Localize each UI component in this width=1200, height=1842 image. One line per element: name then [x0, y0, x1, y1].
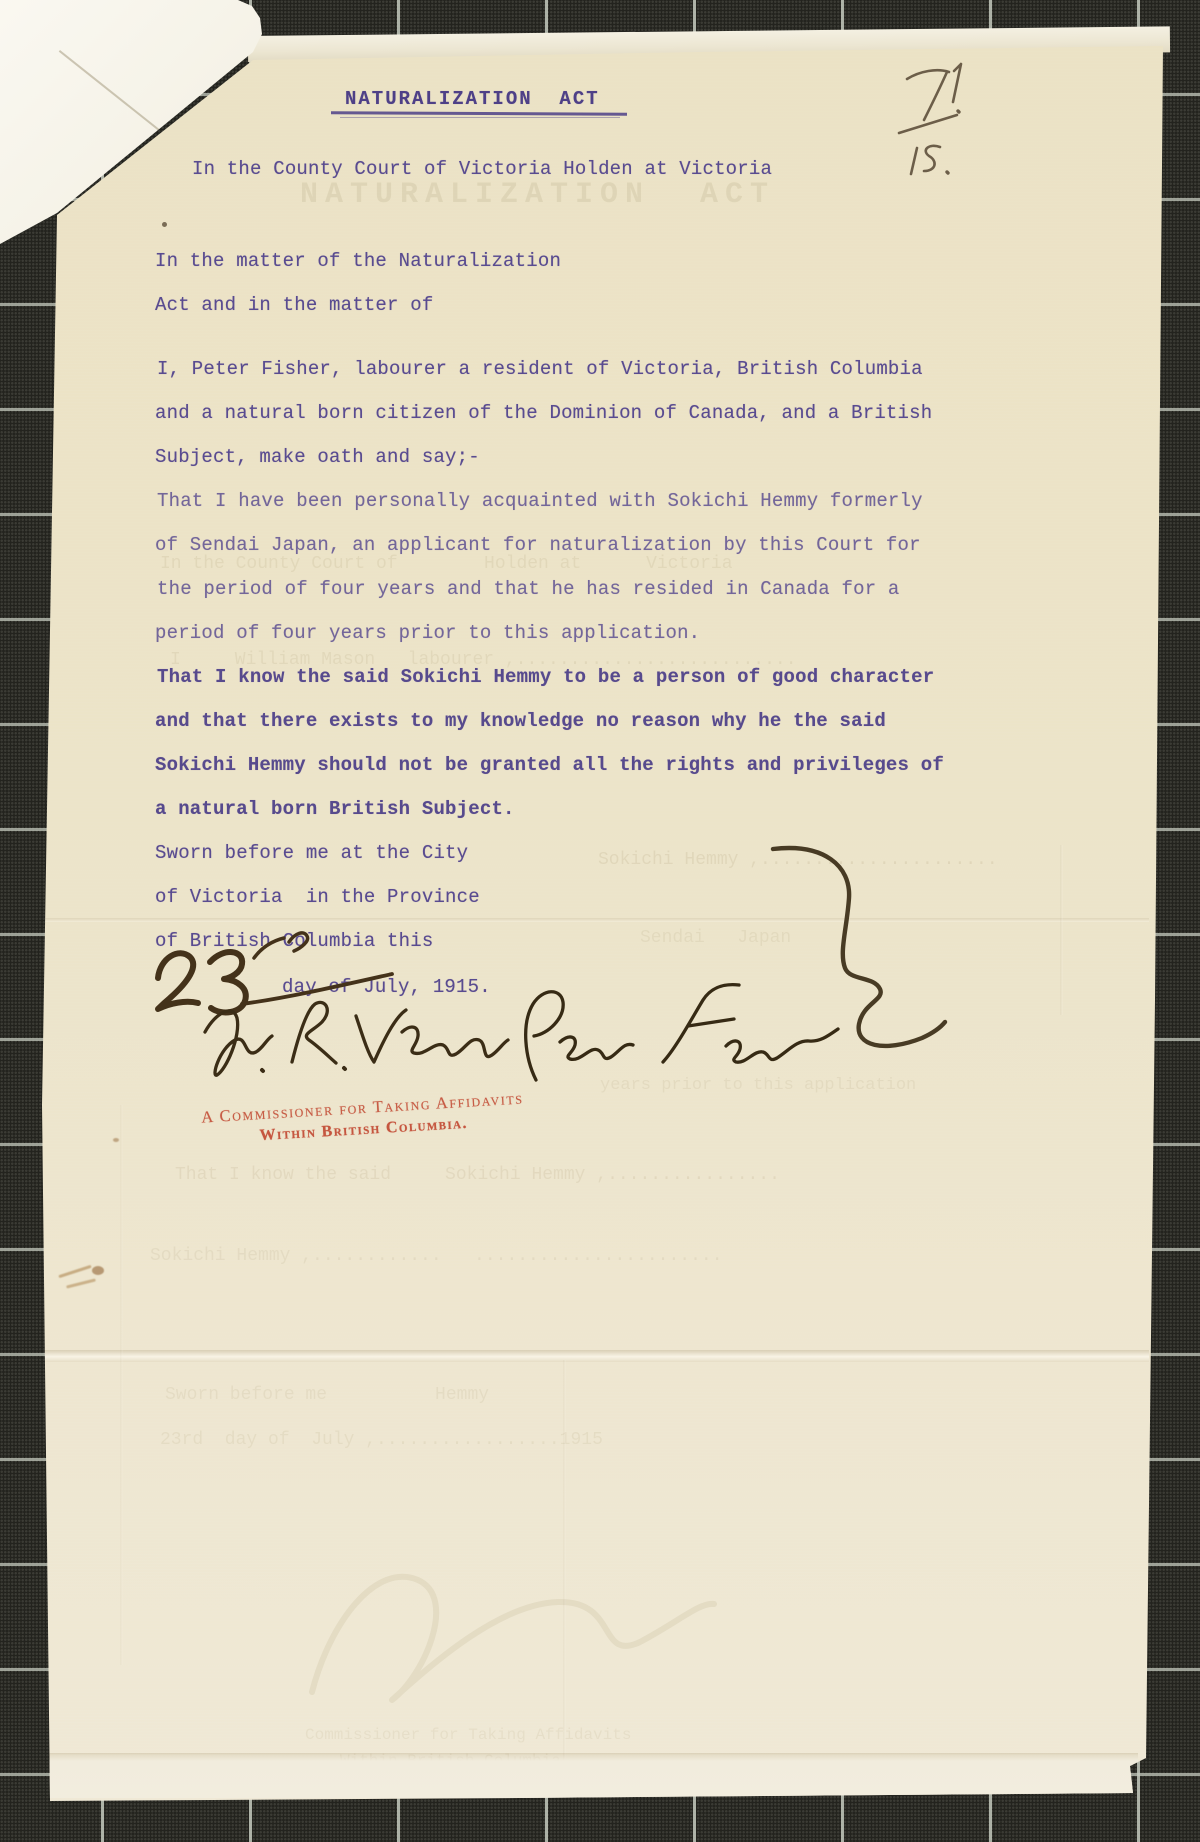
handwriting-layer	[0, 0, 1200, 1842]
commissioner-signature	[205, 1002, 508, 1075]
handwritten-day-23rd	[158, 933, 392, 1013]
jurat-brace	[773, 848, 945, 1046]
file-number-annotation	[899, 64, 961, 174]
strikethrough-flourish	[242, 974, 392, 1004]
ghost-signature	[312, 1577, 714, 1700]
deponent-signature	[526, 985, 838, 1080]
archival-photo-scene: NATURALIZATION ACT In the County Court o…	[0, 0, 1200, 1842]
